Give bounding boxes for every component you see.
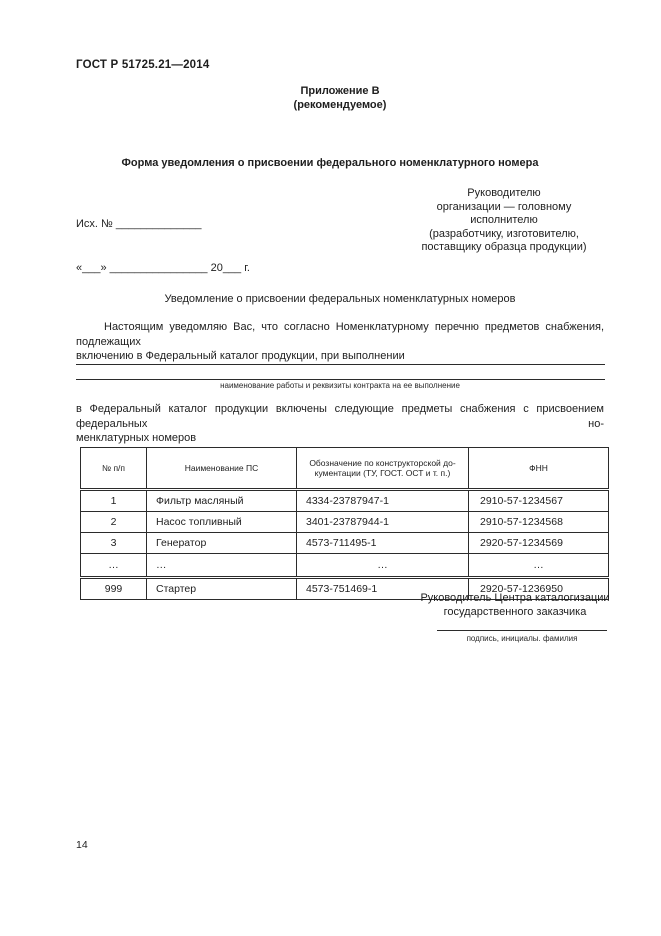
cell-fnn: 2910-57-1234568 <box>469 512 609 533</box>
signatory-title: Руководитель Центра каталогизации госуда… <box>415 592 615 619</box>
fill-in-caption: наименование работы и реквизиты контракт… <box>76 381 604 390</box>
fill-in-line <box>76 379 605 380</box>
cell-num: 3 <box>81 533 147 554</box>
cell-name: Стартер <box>147 578 297 600</box>
signature-line <box>437 630 607 631</box>
cell-fnn: … <box>469 554 609 578</box>
outgoing-number-line: Исх. № ______________ <box>76 217 250 232</box>
notice-paragraph-2: в Федеральный каталог продукции включены… <box>76 402 604 446</box>
standard-number: ГОСТ Р 51725.21—2014 <box>76 59 209 71</box>
cell-fnn: 2910-57-1234567 <box>469 490 609 512</box>
addressee-line: поставщику образца продукции) <box>404 241 604 255</box>
addressee-line: (разработчику, изготовителю, <box>404 228 604 242</box>
addressee-line: Руководителю <box>404 187 604 201</box>
cell-name: Генератор <box>147 533 297 554</box>
addressee-line: организации — головному исполнителю <box>404 201 604 228</box>
cell-fnn: 2920-57-1234569 <box>469 533 609 554</box>
cell-name: … <box>147 554 297 578</box>
document-page: ГОСТ Р 51725.21—2014 Приложение В (реком… <box>0 0 661 936</box>
cell-num: 999 <box>81 578 147 600</box>
fill-in-line <box>76 364 605 365</box>
table-row: 2 Насос топливный 3401-23787944-1 2910-5… <box>81 512 609 533</box>
outgoing-block: Исх. № ______________ «___» ____________… <box>76 188 250 304</box>
paragraph-line: менклатурных номеров <box>76 431 604 446</box>
paragraph-line: в Федеральный каталог продукции включены… <box>76 402 604 431</box>
cell-num: 1 <box>81 490 147 512</box>
cell-name: Фильтр масляный <box>147 490 297 512</box>
table-header-row: № п/п Наименование ПС Обозначение по кон… <box>81 448 609 490</box>
cell-num: 2 <box>81 512 147 533</box>
signatory-title-line: Руководитель Центра каталогизации <box>415 592 615 606</box>
table-row: 1 Фильтр масляный 4334-23787947-1 2910-5… <box>81 490 609 512</box>
cell-doc: 4334-23787947-1 <box>297 490 469 512</box>
outgoing-date-line: «___» ________________ 20___ г. <box>76 261 250 276</box>
header-doc: Обозначение по конструкторской до- кумен… <box>297 448 469 490</box>
notice-paragraph-1: Настоящим уведомляю Вас, что согласно Но… <box>76 320 604 364</box>
notice-heading: Уведомление о присвоении федеральных ном… <box>76 293 604 305</box>
paragraph-line: включению в Федеральный каталог продукци… <box>76 349 604 364</box>
cell-name: Насос топливный <box>147 512 297 533</box>
header-fnn: ФНН <box>469 448 609 490</box>
cell-doc: … <box>297 554 469 578</box>
table-row-ellipsis: … … … … <box>81 554 609 578</box>
appendix-title: Приложение В <box>76 84 604 98</box>
paragraph-line: Настоящим уведомляю Вас, что согласно Но… <box>76 320 604 349</box>
header-doc-line: кументации (ТУ, ГОСТ. ОСТ и т. п.) <box>303 468 462 479</box>
addressee-block: Руководителю организации — головному исп… <box>404 187 604 255</box>
cell-doc: 4573-711495-1 <box>297 533 469 554</box>
header-name: Наименование ПС <box>147 448 297 490</box>
supply-items-table: № п/п Наименование ПС Обозначение по кон… <box>80 447 609 600</box>
header-num: № п/п <box>81 448 147 490</box>
appendix-heading: Приложение В (рекомендуемое) <box>76 84 604 112</box>
cell-doc: 3401-23787944-1 <box>297 512 469 533</box>
signatory-title-line: государственного заказчика <box>415 606 615 620</box>
cell-num: … <box>81 554 147 578</box>
signature-caption: подпись, инициалы. фамилия <box>437 634 607 643</box>
table-row: 3 Генератор 4573-711495-1 2920-57-123456… <box>81 533 609 554</box>
page-number: 14 <box>76 839 88 851</box>
form-title: Форма уведомления о присвоении федеральн… <box>66 157 594 169</box>
appendix-note: (рекомендуемое) <box>76 98 604 112</box>
header-doc-line: Обозначение по конструкторской до- <box>303 458 462 469</box>
